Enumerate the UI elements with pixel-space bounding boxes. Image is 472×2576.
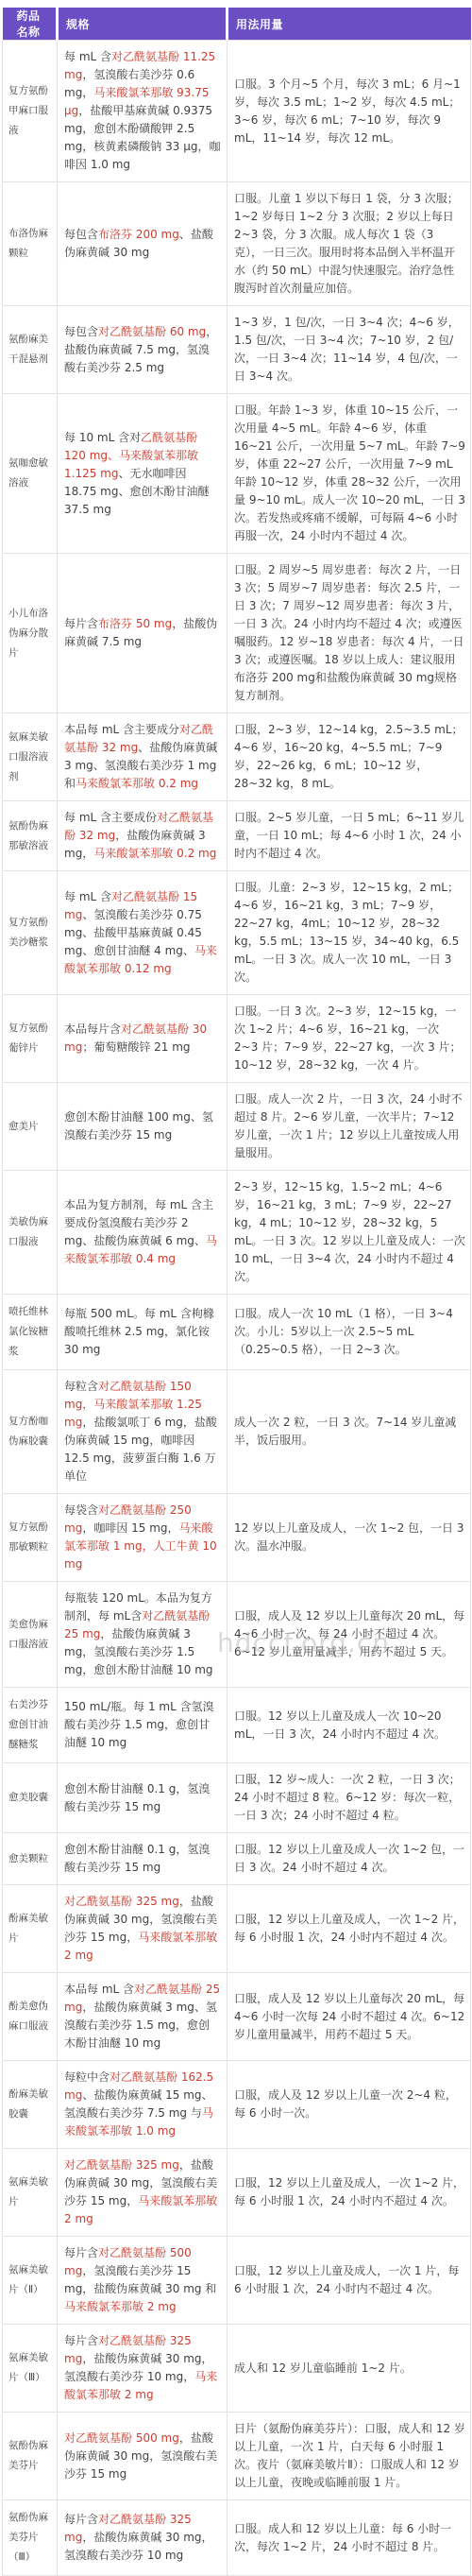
drug-name-cell: 愈美片 bbox=[3, 1083, 58, 1171]
ingredient-text: 每片含 bbox=[64, 2334, 98, 2347]
highlighted-ingredient: 马来酸氯苯那敏 2 mg bbox=[64, 2300, 177, 2313]
drug-name-cell: 美敏伪麻口服液 bbox=[3, 1171, 58, 1295]
highlighted-ingredient: 马来酸氯苯那敏 0.2 mg bbox=[76, 777, 198, 790]
drug-name-cell: 美愈伪麻口服溶液 bbox=[3, 1582, 58, 1688]
usage-cell: 2~3 岁，12~15 kg，1.5~2 mL；4~6 岁，16~21 kg，3… bbox=[228, 1171, 471, 1295]
ingredient-text: 每包含 bbox=[64, 228, 98, 241]
drug-name-cell: 愈美颗粒 bbox=[3, 1833, 58, 1885]
ingredient-text: 、盐酸伪麻黄碱 15 mg、氢溴酸右美沙芬 7.5 mg 与 bbox=[64, 2088, 213, 2120]
ingredient-text: 本品每片含 bbox=[64, 1022, 121, 1036]
spec-cell: 每 mL 含对乙酰氨基酚 15 mg、氢溴酸右美沙芬 0.75 mg、盐酸甲基麻… bbox=[58, 871, 228, 995]
highlighted-ingredient: 对乙酰氨基酚 500 mg bbox=[64, 2431, 179, 2445]
drug-name-cell: 喷托维林氯化铵糖浆 bbox=[3, 1295, 58, 1370]
table-row: 喷托维林氯化铵糖浆 每瓶 500 mL。每 mL 含枸橼酸喷托维林 2.5 mg… bbox=[3, 1295, 471, 1370]
ingredient-text: 每片含 bbox=[64, 2246, 98, 2259]
ingredient-text: 150 mL/瓶。每 1 mL 含氢溴酸右美沙芬 1.5 mg，愈创甘油醚 10… bbox=[64, 1700, 214, 1749]
usage-cell: 口服，成人及 12 岁以上儿童一次 2~4 粒，每 6 小时一次。 bbox=[228, 2061, 471, 2149]
table-row: 右美沙芬愈创甘油醚糖浆 150 mL/瓶。每 1 mL 含氢溴酸右美沙芬 1.5… bbox=[3, 1688, 471, 1763]
highlighted-ingredient: 布洛芬 50 mg bbox=[98, 617, 172, 630]
spec-cell: 愈创木酚甘油醚 0.1 g，氢溴酸右美沙芬 15 mg bbox=[58, 1763, 228, 1833]
usage-cell: 口服，成人及 12 岁以上儿童每次 20 mL，每 4~6 小时一次每 24 小… bbox=[228, 1973, 471, 2061]
usage-cell: 口服。12 岁以上儿童及成人一次 10~20 mL，一日 3 次，24 小时内不… bbox=[228, 1688, 471, 1763]
spec-cell: 本品每片含对乙酰氨基酚 30 mg；葡萄糖酸锌 21 mg bbox=[58, 995, 228, 1083]
table-body: 复方氨酚甲麻口服液 每 mL 含对乙酰氨基酚 11.25 mg，氢溴酸右美沙芬 … bbox=[3, 41, 471, 2576]
highlighted-ingredient: 对乙酰氨基酚 325 mg bbox=[64, 2158, 179, 2172]
ingredient-text: 愈创木酚甘油醚 0.1 g，氢溴酸右美沙芬 15 mg bbox=[64, 1782, 210, 1813]
spec-cell: 每粒含对乙酰氨基酚 150 mg，马来酸氯苯那敏 1.25 mg，盐酸氯哌丁 6… bbox=[58, 1370, 228, 1494]
table-row: 复方氨酚甲麻口服液 每 mL 含对乙酰氨基酚 11.25 mg，氢溴酸右美沙芬 … bbox=[3, 41, 471, 182]
drug-name-cell: 氨酚伪麻美芬片 bbox=[3, 2413, 58, 2500]
table-row: 复方氨酚那敏颗粒 每袋含对乙酰氨基酚 250 mg，咖啡因 15 mg，马来酸氯… bbox=[3, 1494, 471, 1582]
spec-cell: 每包含布洛芬 200 mg、盐酸伪麻黄碱 30 mg bbox=[58, 182, 228, 306]
ingredient-text: 每片含 bbox=[64, 617, 98, 630]
spec-cell: 每 mL 含对乙酰氨基酚 11.25 mg，氢溴酸右美沙芬 0.6 mg，马来酸… bbox=[58, 41, 228, 182]
table-row: 氨咖愈敏溶液 每 10 mL 含对乙酰氨基酚 120 mg、马来酸氯苯那敏 1.… bbox=[3, 394, 471, 554]
table-row: 愈美胶囊 愈创木酚甘油醚 0.1 g，氢溴酸右美沙芬 15 mg 口服，12 岁… bbox=[3, 1763, 471, 1833]
usage-cell: 口服。一日 3 次。2~3 岁，12~15 kg，一次 1~2 片；4~6 岁，… bbox=[228, 995, 471, 1083]
drug-name-cell: 复方酚咖伪麻胶囊 bbox=[3, 1370, 58, 1494]
drug-name-cell: 氨麻美敏片（Ⅱ） bbox=[3, 2237, 58, 2325]
table-row: 氨麻美敏片（Ⅱ） 每片含对乙酰氨基酚 500 mg，氢溴酸右美沙芬 15 mg，… bbox=[3, 2237, 471, 2325]
ingredient-text: 每 10 mL 含对 bbox=[64, 431, 141, 444]
drug-name-cell: 氨酚麻美干混悬剂 bbox=[3, 306, 58, 394]
usage-cell: 口服，12 岁以上儿童及成人，一次 1~2 片，每 6 小时服 1 次，24 小… bbox=[228, 2149, 471, 2237]
ingredient-text: 每 mL 含 bbox=[64, 50, 111, 63]
ingredient-text: ，盐酸伪麻黄碱 3 mg、氢溴酸右美沙芬 1.5 mg，愈创木酚甘油醚 10 m… bbox=[64, 2001, 217, 2050]
table-row: 美敏伪麻口服液 本品为复方制剂，每 mL 含主要成份氢溴酸右美沙芬 2 mg、盐… bbox=[3, 1171, 471, 1295]
col-header-usage: 用法用量 bbox=[228, 8, 471, 41]
spec-cell: 每 10 mL 含对乙酰氨基酚 120 mg、马来酸氯苯那敏 1.125 mg、… bbox=[58, 394, 228, 554]
col-header-drug-name: 药品名称 bbox=[3, 8, 58, 41]
spec-cell: 对乙酰氨基酚 325 mg，盐酸伪麻黄碱 30 mg，氢溴酸右美沙芬 15 mg… bbox=[58, 1885, 228, 1973]
drug-name-cell: 右美沙芬愈创甘油醚糖浆 bbox=[3, 1688, 58, 1763]
drug-name-cell: 愈美胶囊 bbox=[3, 1763, 58, 1833]
usage-cell: 口服。12 岁以上儿童及成人一次 1~2 包，一日 3 次。24 小时不超过 4… bbox=[228, 1833, 471, 1885]
ingredient-text: 每瓶 500 mL。每 mL 含枸橼酸喷托维林 2.5 mg，氯化铵 30 mg bbox=[64, 1307, 214, 1356]
usage-cell: 1~3 岁，1 包/次，一日 3~4 次；4~6 岁，1.5 包/次，一日 3~… bbox=[228, 306, 471, 394]
table-row: 氨酚伪麻美芬片（Ⅲ） 每片含对乙酰氨基酚 325 mg，盐酸伪麻黄碱 30 mg… bbox=[3, 2500, 471, 2576]
table-row: 美愈伪麻口服溶液 每瓶装 120 mL。本品为复方制剂，每 mL含对乙酰氨基酚 … bbox=[3, 1582, 471, 1688]
spec-cell: 每片含对乙酰氨基酚 325 mg，盐酸伪麻黄碱 30 mg，氢溴酸右美沙芬 10… bbox=[58, 2500, 228, 2576]
medication-table-page: 药品名称 规格 用法用量 复方氨酚甲麻口服液 每 mL 含对乙酰氨基酚 11.2… bbox=[0, 0, 472, 2576]
ingredient-text: 本品每 mL 含 bbox=[64, 1983, 134, 1996]
spec-cell: 每片含对乙酰氨基酚 500 mg，氢溴酸右美沙芬 15 mg，盐酸伪麻黄碱 30… bbox=[58, 2237, 228, 2325]
usage-cell: 口服，成人及 12 岁以上儿童每次 20 mL，每 4~6 小时一次，每 24 … bbox=[228, 1582, 471, 1688]
highlighted-ingredient: 马来酸氯苯那敏 0.2 mg bbox=[93, 847, 216, 860]
ingredient-text: 每片含 bbox=[64, 2513, 98, 2526]
spec-cell: 愈创木酚甘油醚 100 mg、氢溴酸右美沙芬 15 mg bbox=[58, 1083, 228, 1171]
spec-cell: 每 mL 含主要成份对乙酰氨基酚 32 mg，盐酸伪麻黄碱 3 mg，马来酸氯苯… bbox=[58, 801, 228, 871]
spec-cell: 对乙酰氨基酚 325 mg，盐酸伪麻黄碱 30 mg，氢溴酸右美沙芬 15 mg… bbox=[58, 2149, 228, 2237]
usage-cell: 12 岁以上儿童及成人，一次 1~2 包，一日 3 次。温水冲服。 bbox=[228, 1494, 471, 1582]
table-row: 复方酚咖伪麻胶囊 每粒含对乙酰氨基酚 150 mg，马来酸氯苯那敏 1.25 m… bbox=[3, 1370, 471, 1494]
table-row: 愈美颗粒 愈创木酚甘油醚 0.1 g，氢溴酸右美沙芬 15 mg 口服。12 岁… bbox=[3, 1833, 471, 1885]
drug-name-cell: 布洛伪麻颗粒 bbox=[3, 182, 58, 306]
drug-name-cell: 酚麻美敏片 bbox=[3, 1885, 58, 1973]
usage-cell: 成人一次 2 粒，一日 3 次。7~14 岁儿童减半，饭后服用。 bbox=[228, 1370, 471, 1494]
drug-name-cell: 氨咖愈敏溶液 bbox=[3, 394, 58, 554]
drug-name-cell: 复方氨酚那敏颗粒 bbox=[3, 1494, 58, 1582]
table-row: 复方氨酚葡锌片 本品每片含对乙酰氨基酚 30 mg；葡萄糖酸锌 21 mg 口服… bbox=[3, 995, 471, 1083]
spec-cell: 每粒中含对乙酰氨基酚 162.5 mg、盐酸伪麻黄碱 15 mg、氢溴酸右美沙芬… bbox=[58, 2061, 228, 2149]
ingredient-text: ，盐酸甲基麻黄碱 0.9375 mg，愈创木酚磺酸钾 2.5 mg，核黄素磷酸钠… bbox=[64, 104, 220, 171]
highlighted-ingredient: 布洛芬 200 mg bbox=[98, 228, 179, 241]
usage-cell: 口服。儿童：2~3 岁，12~15 kg，2 mL；4~6 岁，16~21 kg… bbox=[228, 871, 471, 995]
ingredient-text: ，盐酸氯哌丁 6 mg，盐酸伪麻黄碱 15 mg，咖啡因 12.5 mg，菠萝蛋… bbox=[64, 1416, 217, 1483]
spec-cell: 每片含对乙酰氨基酚 325 mg，盐酸伪麻黄碱 30 mg，氢溴酸右美沙芬 10… bbox=[58, 2325, 228, 2413]
ingredient-text: 、氢溴酸右美沙芬 0.75 mg、盐酸甲基麻黄碱 0.45 mg、愈创甘油醚 4… bbox=[64, 908, 202, 957]
col-header-spec: 规格 bbox=[58, 8, 228, 41]
spec-cell: 每瓶装 120 mL。本品为复方制剂，每 mL含对乙酰氨基酚 25 mg，盐酸伪… bbox=[58, 1582, 228, 1688]
usage-cell: 口服。成人和 12 岁以上儿童：每 6 小时一次，每次 1~2 片，24 小时不… bbox=[228, 2500, 471, 2576]
spec-cell: 每袋含对乙酰氨基酚 250 mg，咖啡因 15 mg，马来酸氯苯那敏 1 mg，… bbox=[58, 1494, 228, 1582]
ingredient-text: ；葡萄糖酸锌 21 mg bbox=[82, 1040, 190, 1054]
usage-cell: 口服。年龄 1~3 岁，体重 10~15 公斤，一次用量 4~5 mL。年龄 4… bbox=[228, 394, 471, 554]
table-row: 布洛伪麻颗粒 每包含布洛芬 200 mg、盐酸伪麻黄碱 30 mg 口服。儿童 … bbox=[3, 182, 471, 306]
ingredient-text: 本品每 mL 含主要成分 bbox=[64, 723, 179, 736]
ingredient-text: 每粒含 bbox=[64, 1380, 98, 1393]
usage-cell: 口服，12 岁~成人：一次 2 粒，一日 3 次；24 小时不超过 8 粒。6~… bbox=[228, 1763, 471, 1833]
ingredient-text: ，咖啡因 15 mg， bbox=[82, 1521, 178, 1535]
medication-table: 药品名称 规格 用法用量 复方氨酚甲麻口服液 每 mL 含对乙酰氨基酚 11.2… bbox=[2, 8, 471, 2576]
ingredient-text: 每 mL 含 bbox=[64, 890, 111, 903]
usage-cell: 口服，12 岁以上儿童及成人，一次 1 片，每 6 小时服 1 次，24 小时内… bbox=[228, 2237, 471, 2325]
usage-cell: 日片（氨酚伪麻美芬片）：口服，成人和 12 岁以上儿童，一次 1 片，白天每 6… bbox=[228, 2413, 471, 2500]
highlighted-ingredient: 对乙酰氨基酚 60 mg bbox=[98, 325, 206, 338]
usage-cell: 口服。2~5 岁儿童，一日 5 mL；6~11 岁儿童，一日 10 mL；每 4… bbox=[228, 801, 471, 871]
spec-cell: 每片含布洛芬 50 mg，盐酸伪麻黄碱 7.5 mg bbox=[58, 554, 228, 713]
ingredient-text: ，氢溴酸右美沙芬 15 mg，盐酸伪麻黄碱 30 mg 和 bbox=[64, 2264, 216, 2295]
table-row: 氨酚麻美干混悬剂 每包含对乙酰氨基酚 60 mg，盐酸伪麻黄碱 7.5 mg，氢… bbox=[3, 306, 471, 394]
drug-name-cell: 复方氨酚甲麻口服液 bbox=[3, 41, 58, 182]
table-row: 氨麻美敏片（Ⅲ） 每片含对乙酰氨基酚 325 mg，盐酸伪麻黄碱 30 mg，氢… bbox=[3, 2325, 471, 2413]
spec-cell: 每瓶 500 mL。每 mL 含枸橼酸喷托维林 2.5 mg，氯化铵 30 mg bbox=[58, 1295, 228, 1370]
table-row: 氨麻美敏口服溶液剂 本品每 mL 含主要成分对乙酰氨基酚 32 mg、盐酸伪麻黄… bbox=[3, 713, 471, 801]
table-row: 小儿布洛伪麻分散片 每片含布洛芬 50 mg，盐酸伪麻黄碱 7.5 mg 口服。… bbox=[3, 554, 471, 713]
ingredient-text: 愈创木酚甘油醚 0.1 g，氢溴酸右美沙芬 15 mg bbox=[64, 1843, 210, 1874]
spec-cell: 本品为复方制剂，每 mL 含主要成份氢溴酸右美沙芬 2 mg、盐酸伪麻黄碱 6 … bbox=[58, 1171, 228, 1295]
usage-cell: 口服。2 周岁~5 周岁患者：每次 2 片，一日 3 次；5 周岁~7 周岁患者… bbox=[228, 554, 471, 713]
drug-name-cell: 氨酚伪麻美芬片（Ⅲ） bbox=[3, 2500, 58, 2576]
drug-name-cell: 复方氨酚葡锌片 bbox=[3, 995, 58, 1083]
table-row: 酚麻美敏胶囊 每粒中含对乙酰氨基酚 162.5 mg、盐酸伪麻黄碱 15 mg、… bbox=[3, 2061, 471, 2149]
ingredient-text: 每袋含 bbox=[64, 1503, 98, 1517]
spec-cell: 对乙酰氨基酚 500 mg，盐酸伪麻黄碱 30 mg，氢溴酸右美沙芬 15 mg bbox=[58, 2413, 228, 2500]
usage-cell: 口服。儿童 1 岁以下每日 1 袋，分 3 次服；1~2 岁每日 1~2 分 3… bbox=[228, 182, 471, 306]
usage-cell: 口服，12 岁以上儿童及成人，一次 1~2 片，每 6 小时服 1 次，24 小… bbox=[228, 1885, 471, 1973]
table-row: 氨酚伪麻美芬片 对乙酰氨基酚 500 mg，盐酸伪麻黄碱 30 mg，氢溴酸右美… bbox=[3, 2413, 471, 2500]
ingredient-text: 愈创木酚甘油醚 100 mg、氢溴酸右美沙芬 15 mg bbox=[64, 1110, 213, 1142]
usage-cell: 口服。成人一次 2 片，一日 3 次，24 小时不超过 8 片。2~6 岁儿童，… bbox=[228, 1083, 471, 1171]
usage-cell: 口服，2~3 岁，12~14 kg，2.5~3.5 mL；4~6 岁，16~20… bbox=[228, 713, 471, 801]
spec-cell: 本品每 mL 含主要成分对乙酰氨基酚 32 mg、盐酸伪麻黄碱 3 mg、氢溴酸… bbox=[58, 713, 228, 801]
drug-name-cell: 复方氨酚美沙糖浆 bbox=[3, 871, 58, 995]
table-row: 氨麻美敏片 对乙酰氨基酚 325 mg，盐酸伪麻黄碱 30 mg，氢溴酸右美沙芬… bbox=[3, 2149, 471, 2237]
spec-cell: 150 mL/瓶。每 1 mL 含氢溴酸右美沙芬 1.5 mg，愈创甘油醚 10… bbox=[58, 1688, 228, 1763]
drug-name-cell: 氨麻美敏片（Ⅲ） bbox=[3, 2325, 58, 2413]
usage-cell: 口服。3 个月~5 个月，每次 3 mL；6 月~1 岁，每次 3.5 mL；1… bbox=[228, 41, 471, 182]
ingredient-text: ，盐酸伪麻黄碱 30 mg，氢溴酸右美沙芬 10 mg， bbox=[64, 2352, 213, 2383]
table-row: 愈美片 愈创木酚甘油醚 100 mg、氢溴酸右美沙芬 15 mg 口服。成人一次… bbox=[3, 1083, 471, 1171]
spec-cell: 愈创木酚甘油醚 0.1 g，氢溴酸右美沙芬 15 mg bbox=[58, 1833, 228, 1885]
drug-name-cell: 小儿布洛伪麻分散片 bbox=[3, 554, 58, 713]
drug-name-cell: 氨麻美敏片 bbox=[3, 2149, 58, 2237]
usage-cell: 成人和 12 岁儿童临睡前 1~2 片。 bbox=[228, 2325, 471, 2413]
highlighted-ingredient: 对乙酰氨基酚 325 mg bbox=[64, 1895, 179, 1908]
ingredient-text: 每 mL 含主要成份 bbox=[64, 811, 157, 824]
table-row: 氨酚伪麻那敏溶液 每 mL 含主要成份对乙酰氨基酚 32 mg，盐酸伪麻黄碱 3… bbox=[3, 801, 471, 871]
table-row: 酚美愈伪麻口服液 本品每 mL 含对乙酰氨基酚 25 mg，盐酸伪麻黄碱 3 m… bbox=[3, 1973, 471, 2061]
ingredient-text: 本品为复方制剂，每 mL 含主要成份氢溴酸右美沙芬 2 mg、盐酸伪麻黄碱 6 … bbox=[64, 1198, 213, 1247]
usage-cell: 口服。成人一次 10 mL（1 格），一日 3~4 次。小儿：5岁以上一次 2.… bbox=[228, 1295, 471, 1370]
table-row: 酚麻美敏片 对乙酰氨基酚 325 mg，盐酸伪麻黄碱 30 mg，氢溴酸右美沙芬… bbox=[3, 1885, 471, 1973]
ingredient-text: 每包含 bbox=[64, 325, 98, 338]
ingredient-text: ，盐酸伪麻黄碱 30 mg，氢溴酸右美沙芬 10 mg bbox=[64, 2531, 213, 2562]
drug-name-cell: 氨酚伪麻那敏溶液 bbox=[3, 801, 58, 871]
drug-name-cell: 氨麻美敏口服溶液剂 bbox=[3, 713, 58, 801]
table-row: 复方氨酚美沙糖浆 每 mL 含对乙酰氨基酚 15 mg、氢溴酸右美沙芬 0.75… bbox=[3, 871, 471, 995]
table-header-row: 药品名称 规格 用法用量 bbox=[3, 8, 471, 41]
spec-cell: 每包含对乙酰氨基酚 60 mg，盐酸伪麻黄碱 7.5 mg，氢溴酸右美沙芬 2.… bbox=[58, 306, 228, 394]
ingredient-text: 每粒中含 bbox=[64, 2070, 110, 2084]
drug-name-cell: 酚美愈伪麻口服液 bbox=[3, 1973, 58, 2061]
drug-name-cell: 酚麻美敏胶囊 bbox=[3, 2061, 58, 2149]
spec-cell: 本品每 mL 含对乙酰氨基酚 25 mg，盐酸伪麻黄碱 3 mg、氢溴酸右美沙芬… bbox=[58, 1973, 228, 2061]
